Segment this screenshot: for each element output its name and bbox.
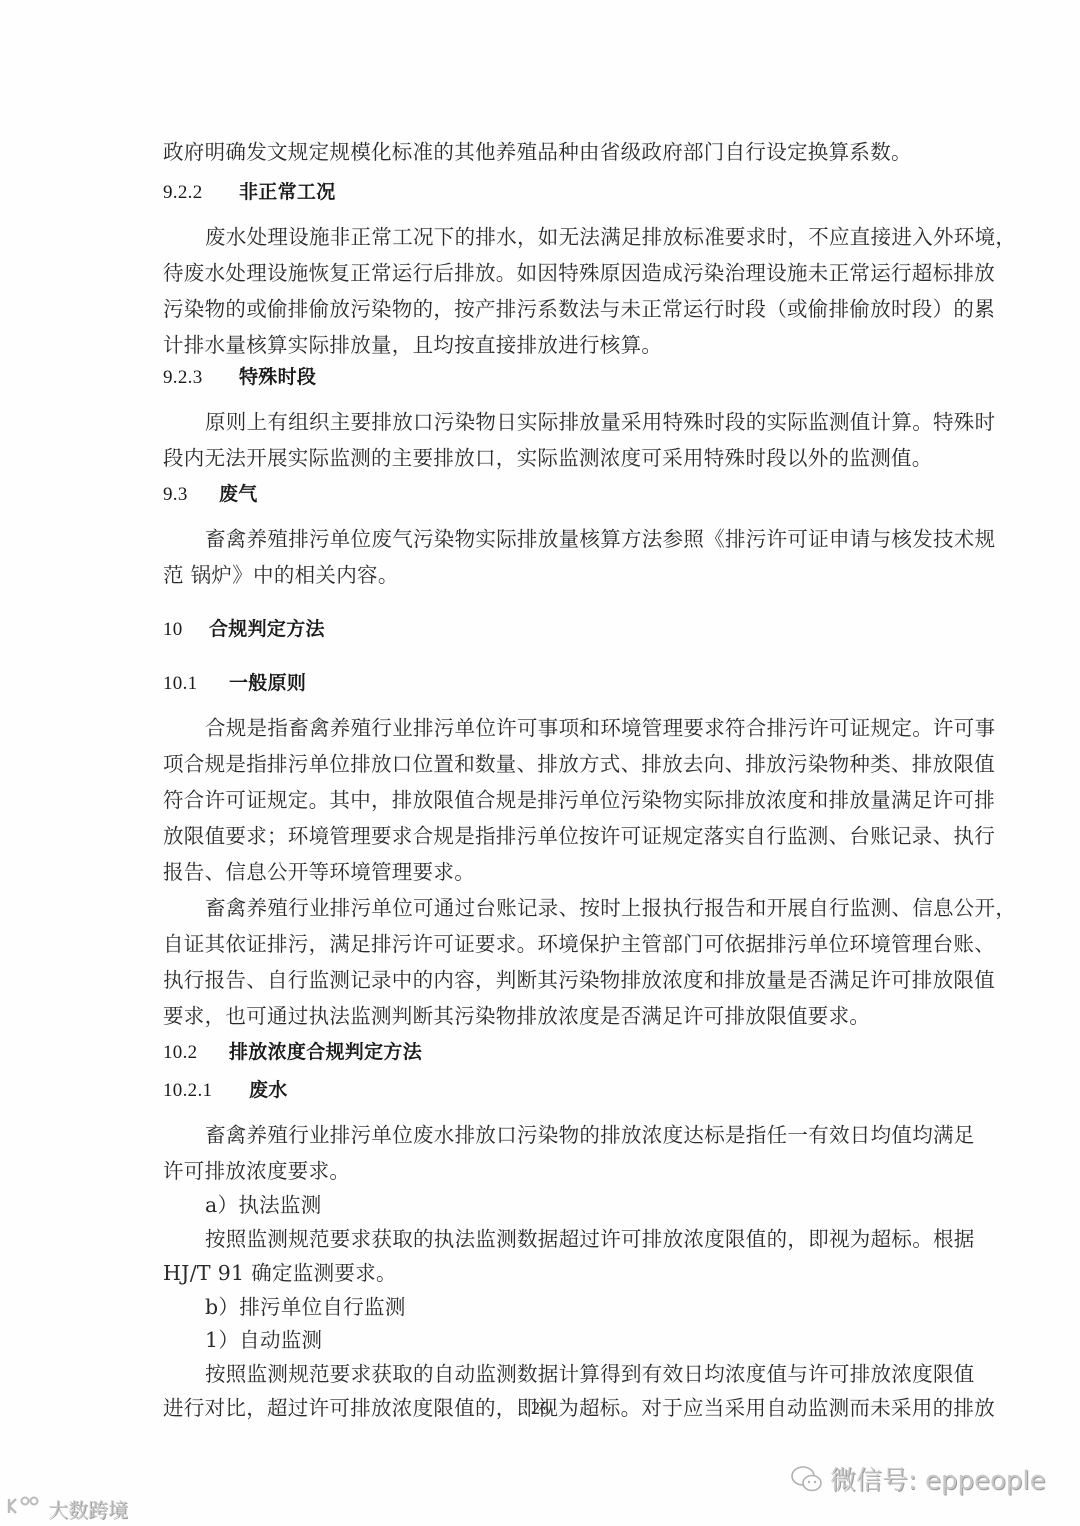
section-heading: 10.2.1废水 (163, 1078, 923, 1103)
brand-text: 大数跨境 (48, 1494, 128, 1523)
paragraph-line: 原则上有组织主要排放口污染物日实际排放量采用特殊时段的实际监测值计算。特殊时 (163, 410, 965, 434)
brand-watermark: 大数跨境 (6, 1494, 128, 1523)
paragraph-line: 范 锅炉》中的相关内容。 (163, 563, 923, 587)
section-number: 10 (163, 618, 209, 642)
paragraph-line: 要求，也可通过执法监测判断其污染物排放浓度是否满足许可排放限值要求。 (163, 1004, 923, 1028)
paragraph-line: 1）自动监测 (163, 1328, 965, 1352)
section-heading: 9.3废气 (163, 482, 923, 507)
section-heading: 10.1一般原则 (163, 671, 923, 696)
wechat-watermark: 微信号: eppeople (790, 1460, 1046, 1497)
section-number: 9.2.3 (163, 366, 239, 390)
paragraph-line: a）执法监测 (163, 1193, 965, 1217)
paragraph-line: 废水处理设施非正常工况下的排水，如无法满足排放标准要求时，不应直接进入外环境， (163, 225, 965, 249)
section-title: 非正常工况 (239, 181, 336, 203)
brand-logo-icon (6, 1495, 44, 1522)
section-heading: 10合规判定方法 (163, 617, 923, 642)
wechat-id-text: 微信号: eppeople (830, 1460, 1046, 1497)
paragraph-line: 项合规是指排污单位排放口位置和数量、排放方式、排放去向、排放污染物种类、排放限值 (163, 752, 923, 776)
page-number: 26 (0, 1398, 1080, 1419)
section-heading: 9.2.3特殊时段 (163, 365, 923, 390)
section-number: 10.2 (163, 1041, 229, 1065)
paragraph-line: 执行报告、自行监测记录中的内容，判断其污染物排放浓度和排放量是否满足许可排放限值 (163, 968, 923, 992)
wechat-icon (790, 1465, 824, 1493)
section-heading: 10.2排放浓度合规判定方法 (163, 1040, 923, 1065)
paragraph-line: 待废水处理设施恢复正常运行后排放。如因特殊原因造成污染治理设施未正常运行超标排放 (163, 261, 923, 285)
paragraph-line: 放限值要求；环境管理要求合规是指排污单位按许可证规定落实自行监测、台账记录、执行 (163, 824, 923, 848)
paragraph-line: 计排水量核算实际排放量，且均按直接排放进行核算。 (163, 333, 923, 357)
section-number: 9.2.2 (163, 181, 239, 205)
paragraph-line: 政府明确发文规定规模化标准的其他养殖品种由省级政府部门自行设定换算系数。 (163, 140, 923, 164)
section-title: 废气 (219, 483, 258, 505)
paragraph-line: 按照监测规范要求获取的执法监测数据超过许可排放浓度限值的，即视为超标。根据 (163, 1227, 965, 1251)
section-title: 一般原则 (229, 672, 306, 694)
paragraph-line: HJ/T 91 确定监测要求。 (163, 1261, 923, 1285)
paragraph-line: 畜禽养殖行业排污单位废水排放口污染物的排放浓度达标是指任一有效日均值均满足 (163, 1123, 965, 1147)
paragraph-line: 段内无法开展实际监测的主要排放口，实际监测浓度可采用特殊时段以外的监测值。 (163, 446, 923, 470)
section-heading: 9.2.2非正常工况 (163, 180, 923, 205)
paragraph-line: 畜禽养殖行业排污单位可通过台账记录、按时上报执行报告和开展自行监测、信息公开， (163, 896, 965, 920)
paragraph-line: 报告、信息公开等环境管理要求。 (163, 860, 923, 884)
section-number: 10.2.1 (163, 1079, 249, 1103)
paragraph-line: 污染物的或偷排偷放污染物的，按产排污系数法与未正常运行时段（或偷排偷放时段）的累 (163, 297, 923, 321)
paragraph-line: 许可排放浓度要求。 (163, 1159, 923, 1183)
section-number: 9.3 (163, 483, 219, 507)
section-title: 排放浓度合规判定方法 (229, 1041, 422, 1063)
paragraph-line: 自证其依证排污，满足排污许可证要求。环境保护主管部门可依据排污单位环境管理台账、 (163, 932, 923, 956)
paragraph-line: 畜禽养殖排污单位废气污染物实际排放量核算方法参照《排污许可证申请与核发技术规 (163, 527, 965, 551)
section-title: 特殊时段 (239, 366, 316, 388)
section-title: 废水 (249, 1079, 288, 1101)
document-page: 政府明确发文规定规模化标准的其他养殖品种由省级政府部门自行设定换算系数。9.2.… (0, 0, 1080, 1526)
paragraph-line: 按照监测规范要求获取的自动监测数据计算得到有效日均浓度值与许可排放浓度限值 (163, 1362, 965, 1386)
paragraph-line: 合规是指畜禽养殖行业排污单位许可事项和环境管理要求符合排污许可证规定。许可事 (163, 716, 965, 740)
section-number: 10.1 (163, 672, 229, 696)
paragraph-line: 符合许可证规定。其中，排放限值合规是排污单位污染物实际排放浓度和排放量满足许可排 (163, 788, 923, 812)
paragraph-line: b）排污单位自行监测 (163, 1295, 965, 1319)
section-title: 合规判定方法 (209, 618, 325, 640)
